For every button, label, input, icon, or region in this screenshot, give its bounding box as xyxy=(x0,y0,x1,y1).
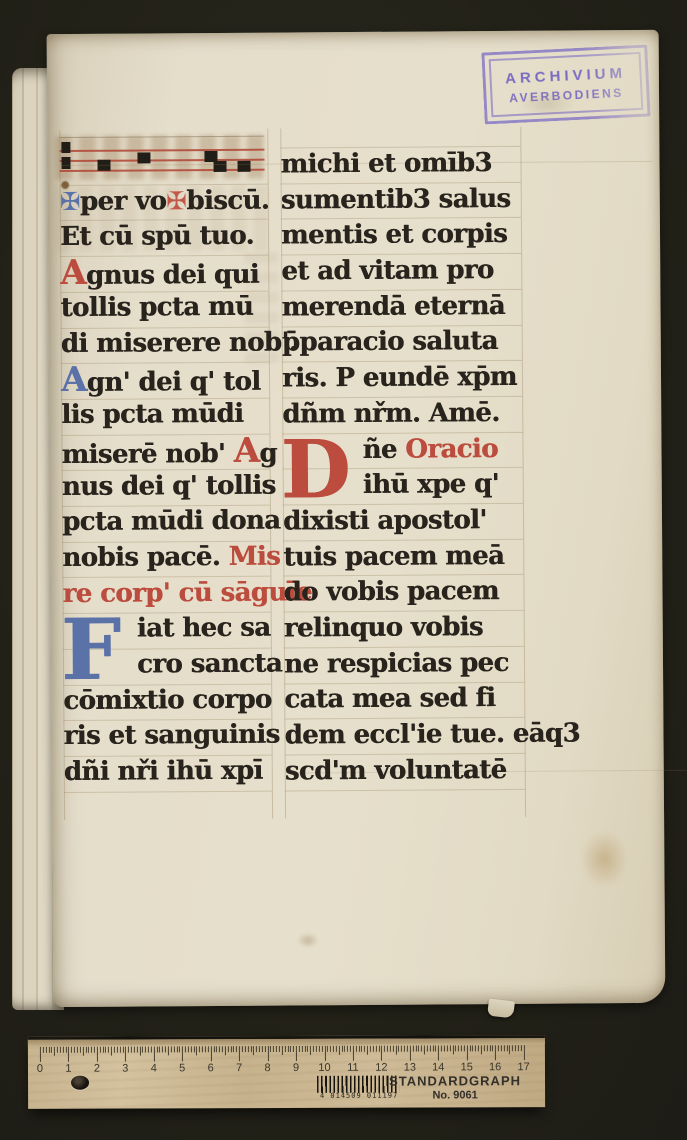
ruler-tick xyxy=(46,1047,47,1053)
ruler-tick xyxy=(40,1047,41,1062)
archive-stamp-border: ARCHIVIUM AVERBODIENS xyxy=(489,52,644,117)
ruler-tick xyxy=(211,1046,212,1061)
ruler-tick xyxy=(512,1045,513,1051)
ruler-tick xyxy=(319,1046,320,1052)
ruling-line xyxy=(59,136,264,138)
manuscript-line: tuis pacem meā xyxy=(283,538,523,575)
manuscript-line: do vobis pacem xyxy=(283,574,523,611)
ruler-tick xyxy=(51,1047,52,1053)
ruler-tick xyxy=(74,1047,75,1053)
ruler-tick xyxy=(165,1046,166,1052)
manuscript-column-left: ✠per vo✠biscū.Et cū spū tuo.Agnus dei qu… xyxy=(60,183,276,791)
large-initial-D: D xyxy=(280,429,350,509)
stamp-text-line1: ARCHIVIUM xyxy=(505,64,627,87)
ruler-tick xyxy=(68,1047,69,1062)
ruler-tick xyxy=(498,1045,499,1051)
ruler-hole xyxy=(71,1076,89,1090)
ruler-tick xyxy=(387,1046,388,1052)
ruler-tick xyxy=(356,1046,357,1052)
manuscript-line: mentis et corpis xyxy=(281,217,521,254)
text-segment: di miserere nob'. xyxy=(61,327,298,359)
manuscript-line: miserē nob' Ag xyxy=(61,432,273,469)
ruler-tick xyxy=(518,1045,519,1051)
ruler-tick xyxy=(347,1046,348,1052)
text-segment: ne respicias pec xyxy=(284,648,509,680)
staff-line xyxy=(59,149,264,152)
ruler-tick xyxy=(196,1046,197,1055)
ruler-tick xyxy=(296,1046,297,1061)
ruler-tick xyxy=(504,1045,505,1051)
ruler-tick xyxy=(458,1045,459,1051)
ruler-tick xyxy=(461,1045,462,1051)
ruler-tick xyxy=(307,1046,308,1052)
ruler-number: 16 xyxy=(484,1061,506,1073)
ruler-tick xyxy=(407,1046,408,1052)
ruler-tick xyxy=(57,1047,58,1053)
manuscript-line: nus dei q' tollis xyxy=(62,468,274,505)
ruler-tick xyxy=(85,1047,86,1053)
ruler-tick xyxy=(199,1046,200,1052)
ruler-tick xyxy=(464,1045,465,1051)
ruler-number: 17 xyxy=(513,1061,535,1073)
manuscript-line: et ad vitam pro xyxy=(281,253,521,290)
ruler-tick xyxy=(415,1046,416,1052)
manuscript-line: di miserere nob'. xyxy=(61,325,273,362)
ruler-tick xyxy=(327,1046,328,1052)
ruler-tick xyxy=(302,1046,303,1052)
staff-line xyxy=(59,159,264,162)
ruler-tick xyxy=(117,1047,118,1053)
ruler-tick xyxy=(396,1046,397,1055)
ruler-tick xyxy=(418,1046,419,1052)
ruler-tick xyxy=(216,1046,217,1052)
ruler-tick xyxy=(398,1046,399,1052)
ruler-tick xyxy=(134,1047,135,1053)
stamp-text-line2: AVERBODIENS xyxy=(509,85,624,105)
ruler-tick xyxy=(330,1046,331,1052)
ruler-tick xyxy=(299,1046,300,1052)
ruler-tick xyxy=(66,1047,67,1053)
ruler-tick xyxy=(359,1046,360,1052)
ruler-tick xyxy=(205,1046,206,1052)
ruler-tick xyxy=(102,1047,103,1053)
ruler-tick xyxy=(413,1046,414,1052)
ruler-tick xyxy=(361,1046,362,1052)
ruler-tick xyxy=(506,1045,507,1051)
ruler-tick xyxy=(159,1046,160,1052)
ruler-tick xyxy=(250,1046,251,1052)
ruler-tick xyxy=(80,1047,81,1053)
manuscript-line: dem eccl'ie tue. eāq3 xyxy=(284,717,524,754)
text-segment: tollis pcta mū xyxy=(60,292,253,323)
ruler-tick xyxy=(54,1047,55,1056)
ruler-tick xyxy=(253,1046,254,1055)
ruler-tick xyxy=(94,1047,95,1053)
square-neume xyxy=(214,161,227,172)
ruler-tick xyxy=(48,1047,49,1053)
ruler-tick xyxy=(489,1045,490,1051)
ruler-tick xyxy=(501,1045,502,1051)
ruler-tick xyxy=(182,1046,183,1061)
ruler-tick xyxy=(213,1046,214,1052)
ruler-tick xyxy=(256,1046,257,1052)
ruler-tick xyxy=(290,1046,291,1052)
ruler-tick xyxy=(114,1047,115,1053)
text-segment: miserē nob' xyxy=(61,439,233,470)
ruler-number: 3 xyxy=(114,1063,136,1075)
ruler-tick xyxy=(452,1045,453,1054)
text-segment: ñe xyxy=(362,434,405,464)
ruler-tick xyxy=(316,1046,317,1052)
text-segment: merendā eternā xyxy=(281,291,505,323)
ruler-tick xyxy=(245,1046,246,1052)
ruler-tick xyxy=(128,1047,129,1053)
ruler-tick xyxy=(455,1045,456,1051)
ruler-tick xyxy=(105,1047,106,1053)
ruler-number: 1 xyxy=(57,1063,79,1075)
text-segment: michi et omīb3 xyxy=(280,148,491,179)
ruler: 01234567891011121314151617 4 014509 0111… xyxy=(28,1035,545,1109)
manuscript-line: scd'm voluntatē xyxy=(285,753,525,790)
text-segment: biscū. xyxy=(186,186,269,217)
ruler-tick xyxy=(137,1047,138,1053)
text-segment: tuis pacem meā xyxy=(283,541,504,573)
staff-line xyxy=(60,169,265,172)
ruler-tick xyxy=(341,1046,342,1052)
ruler-tick xyxy=(125,1047,126,1062)
ruler-tick xyxy=(438,1045,439,1060)
ruler-tick xyxy=(77,1047,78,1053)
ruling-grid xyxy=(47,30,659,34)
text-segment: relinquo vobis xyxy=(284,612,483,643)
ruler-tick xyxy=(270,1046,271,1052)
text-segment: Mis xyxy=(228,541,280,571)
ruler-tick xyxy=(475,1045,476,1051)
text-segment: nus dei q' tollis xyxy=(62,470,276,501)
text-segment: gnus dei qui xyxy=(86,260,259,291)
ruler-tick xyxy=(373,1046,374,1052)
ruler-tick xyxy=(88,1047,89,1053)
manuscript-line: ✠per vo✠biscū. xyxy=(60,183,272,220)
ruler-number: 13 xyxy=(399,1062,421,1074)
ruler-tick xyxy=(450,1045,451,1051)
ruler-tick xyxy=(472,1045,473,1051)
text-segment: Et cū spū tuo. xyxy=(60,220,254,251)
ruler-tick xyxy=(384,1046,385,1052)
ruler-number: 9 xyxy=(285,1062,307,1074)
ruler-tick xyxy=(410,1046,411,1061)
ruler-tick xyxy=(111,1047,112,1056)
ruler-tick xyxy=(322,1046,323,1052)
ruler-tick xyxy=(225,1046,226,1055)
ruler-tick xyxy=(131,1047,132,1053)
ruler-tick xyxy=(441,1045,442,1051)
manuscript-line: michi et omīb3 xyxy=(280,146,520,183)
ruler-tick xyxy=(100,1047,101,1053)
ruler-number: 11 xyxy=(342,1062,364,1074)
ruler-tick xyxy=(390,1046,391,1052)
ruler-tick xyxy=(43,1047,44,1053)
ruler-tick xyxy=(248,1046,249,1052)
text-segment: per vo xyxy=(80,186,167,217)
ruler-tick xyxy=(376,1046,377,1052)
ruler-tick xyxy=(108,1047,109,1053)
ruler-tick xyxy=(427,1046,428,1052)
ruler-tick xyxy=(208,1046,209,1052)
ruler-tick xyxy=(401,1046,402,1052)
ruler-tick xyxy=(404,1046,405,1052)
ruler-tick xyxy=(495,1045,496,1060)
text-segment: pcta mūdi dona xyxy=(62,506,281,538)
text-segment: sumentib3 salus xyxy=(281,184,511,216)
ruler-tick xyxy=(236,1046,237,1052)
ruler-tick xyxy=(188,1046,189,1052)
text-segment: cro sancta xyxy=(137,648,282,679)
ruler-number: 7 xyxy=(228,1062,250,1074)
manuscript-line: pcta mūdi dona xyxy=(62,504,274,541)
ruler-tick xyxy=(83,1047,84,1056)
ruler-tick xyxy=(157,1046,158,1052)
ruler-tick xyxy=(151,1046,152,1052)
text-segment: nobis pacē. xyxy=(62,542,229,573)
manuscript-page: ARCHIVIUM AVERBODIENS ✠per vo✠biscū.Et c… xyxy=(47,30,666,1007)
manuscript-line: sumentib3 salus xyxy=(281,182,521,219)
ruler-number: 12 xyxy=(370,1062,392,1074)
ruler-number: 10 xyxy=(313,1062,335,1074)
ruler-tick xyxy=(370,1046,371,1052)
ruler-tick xyxy=(435,1045,436,1051)
ruler-tick xyxy=(202,1046,203,1052)
ruler-tick xyxy=(353,1046,354,1061)
ruler-tick xyxy=(174,1046,175,1052)
ruler-tick xyxy=(487,1045,488,1051)
manuscript-line: ris. P eundē xp̄m xyxy=(282,360,522,397)
ruler-tick xyxy=(162,1046,163,1052)
ruler-tick xyxy=(242,1046,243,1052)
ruler-number: 6 xyxy=(200,1062,222,1074)
ruler-tick xyxy=(447,1045,448,1051)
text-segment: dem eccl'ie tue. eāq3 xyxy=(284,718,580,750)
ruler-tick xyxy=(310,1046,311,1055)
ruler-tick xyxy=(333,1046,334,1052)
ruler-tick xyxy=(481,1045,482,1054)
ruler-tick xyxy=(154,1046,155,1061)
text-segment: scd'm voluntatē xyxy=(285,755,507,787)
ruler-tick xyxy=(259,1046,260,1052)
ruler-tick xyxy=(222,1046,223,1052)
text-segment: g xyxy=(259,438,277,468)
ruler-tick xyxy=(339,1046,340,1055)
ruler-tick xyxy=(279,1046,280,1052)
ruler-tick xyxy=(63,1047,64,1053)
ruler-tick xyxy=(430,1045,431,1051)
ruler-tick xyxy=(282,1046,283,1055)
ruler-number: 8 xyxy=(257,1062,279,1074)
colored-initial: A xyxy=(61,359,87,399)
parchment-stain xyxy=(297,932,319,948)
ruler-tick xyxy=(285,1046,286,1052)
ruler-number: 0 xyxy=(29,1063,51,1075)
text-segment: et ad vitam pro xyxy=(281,255,494,286)
manuscript-line: relinquo vobis xyxy=(284,610,524,647)
ruler-tick xyxy=(304,1046,305,1052)
ruler-tick xyxy=(524,1045,525,1060)
ruler-tick xyxy=(470,1045,471,1051)
ruler-tick xyxy=(142,1046,143,1052)
ruler-number: 15 xyxy=(456,1061,478,1073)
text-segment: dñi nři ihū xpī xyxy=(64,756,263,787)
manuscript-column-right: michi et omīb3sumentib3 salusmentis et c… xyxy=(280,146,524,790)
ruler-tick xyxy=(176,1046,177,1052)
square-neume xyxy=(238,161,251,172)
manuscript-line: ne respicias pec xyxy=(284,645,524,682)
ruler-tick xyxy=(492,1045,493,1051)
ruler-tick xyxy=(424,1046,425,1055)
manuscript-line: ris et sanguinis xyxy=(63,718,275,755)
ruler-tick xyxy=(336,1046,337,1052)
ruler-tick xyxy=(433,1045,434,1051)
parchment-tab xyxy=(487,998,515,1018)
text-segment: ihū xpe q' xyxy=(363,469,499,500)
ruler-tick xyxy=(265,1046,266,1052)
manuscript-line: tollis pcta mū xyxy=(60,290,272,327)
ruler-tick xyxy=(139,1047,140,1056)
text-segment: iat hec sa xyxy=(137,613,271,644)
ruler-tick xyxy=(421,1046,422,1052)
ruler-tick xyxy=(91,1047,92,1053)
ruler-tick xyxy=(179,1046,180,1052)
text-segment: mentis et corpis xyxy=(281,219,507,251)
ruling-line xyxy=(64,790,272,792)
ruler-tick xyxy=(478,1045,479,1051)
square-neume xyxy=(137,152,150,163)
ruler-tick xyxy=(509,1045,510,1054)
text-segment: p̄paracio saluta xyxy=(282,326,498,358)
manuscript-line: cata mea sed fi xyxy=(284,681,524,718)
ruler-tick xyxy=(378,1046,379,1052)
ruler-number: 4 xyxy=(143,1062,165,1074)
music-staff-fragment xyxy=(59,131,264,182)
text-segment: ris et sanguinis xyxy=(63,720,279,752)
ruler-tick xyxy=(239,1046,240,1061)
ruler-tick xyxy=(293,1046,294,1052)
ruler-tick xyxy=(268,1046,269,1061)
ruler-tick xyxy=(97,1047,98,1062)
ruler-tick xyxy=(231,1046,232,1052)
manuscript-line: Agn' dei q' tol xyxy=(61,361,273,398)
ruler-tick xyxy=(393,1046,394,1052)
cross-icon: ✠ xyxy=(60,187,80,216)
colored-initial: A xyxy=(233,429,259,469)
manuscript-line: Et cū spū tuo. xyxy=(60,218,272,255)
text-segment: gn' dei q' tol xyxy=(87,367,261,398)
ruler-tick xyxy=(191,1046,192,1052)
ruler-tick xyxy=(515,1045,516,1051)
ruler-tick xyxy=(381,1046,382,1061)
ruler-model: No. 9061 xyxy=(375,1089,535,1102)
ruler-tick xyxy=(273,1046,274,1052)
ruler-tick xyxy=(262,1046,263,1052)
ruler-scale: 01234567891011121314151617 xyxy=(28,1035,545,1037)
manuscript-line: Agnus dei qui xyxy=(60,254,272,291)
colored-initial: A xyxy=(60,252,86,292)
ruler-number: 2 xyxy=(86,1063,108,1075)
text-segment: cata mea sed fi xyxy=(284,683,495,714)
text-segment: Oracio xyxy=(405,434,498,465)
ruler-tick xyxy=(324,1046,325,1061)
ruler-tick xyxy=(228,1046,229,1052)
ruler-tick xyxy=(120,1047,121,1053)
ruler-tick xyxy=(521,1045,522,1051)
text-segment: ris. P eundē xp̄m xyxy=(282,362,517,394)
ruler-tick xyxy=(276,1046,277,1052)
ruler-tick xyxy=(467,1045,468,1060)
text-segment: do vobis pacem xyxy=(283,576,498,608)
ruler-tick xyxy=(148,1046,149,1052)
ruler-tick xyxy=(60,1047,61,1053)
ruler-tick xyxy=(367,1046,368,1055)
ruler-tick xyxy=(444,1045,445,1051)
ruler-number: 5 xyxy=(171,1062,193,1074)
ruler-tick xyxy=(233,1046,234,1052)
manuscript-line: nobis pacē. Mis xyxy=(62,539,274,576)
parchment-stain xyxy=(580,830,628,888)
ruler-tick xyxy=(313,1046,314,1052)
ruler-brand: STANDARDGRAPH xyxy=(375,1073,535,1089)
ruler-tick xyxy=(484,1045,485,1051)
cross-icon: ✠ xyxy=(166,186,186,215)
ruler-tick xyxy=(364,1046,365,1052)
ruler-tick xyxy=(344,1046,345,1052)
ruler-tick xyxy=(350,1046,351,1052)
ruler-tick xyxy=(185,1046,186,1052)
archive-stamp: ARCHIVIUM AVERBODIENS xyxy=(481,45,650,125)
manuscript-line: merendā eternā xyxy=(281,289,521,326)
manuscript-line: p̄paracio saluta xyxy=(282,324,522,361)
text-segment: lis pcta mūdi xyxy=(61,399,243,430)
ruler-tick xyxy=(71,1047,72,1053)
ruler-tick xyxy=(145,1046,146,1052)
ruler-tick xyxy=(122,1047,123,1053)
ruler-tick xyxy=(171,1046,172,1052)
large-initial-F: F xyxy=(61,608,121,692)
ruler-tick xyxy=(219,1046,220,1052)
ruler-tick xyxy=(168,1046,169,1055)
manuscript-line: dñi nři ihū xpī xyxy=(64,754,276,791)
manuscript-line: lis pcta mūdi xyxy=(61,397,273,434)
ruler-tick xyxy=(287,1046,288,1052)
ruler-tick xyxy=(194,1046,195,1052)
ruler-number: 14 xyxy=(427,1061,449,1073)
